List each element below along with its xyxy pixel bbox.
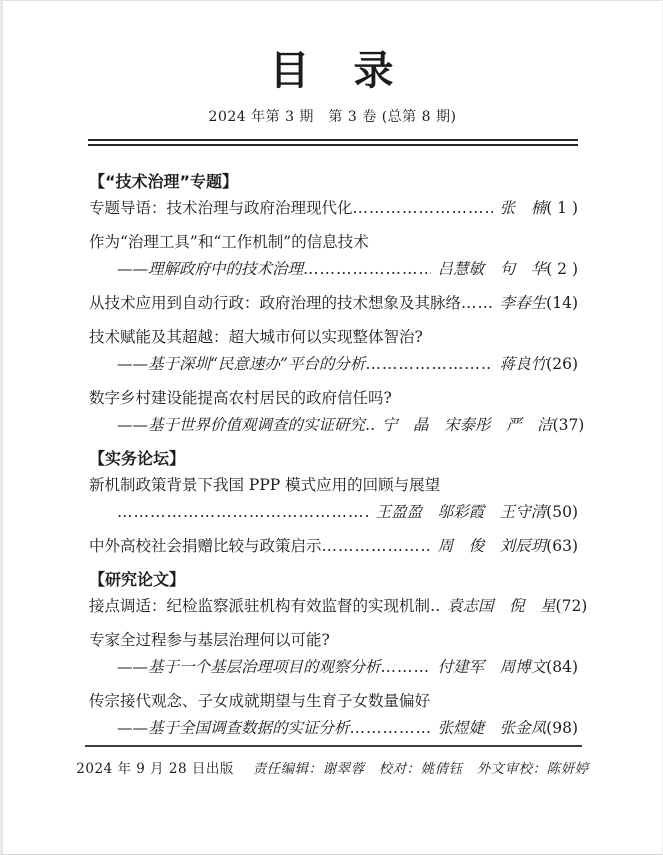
section-header: 【实务论坛】 <box>89 445 578 472</box>
footer-rule <box>85 745 582 747</box>
toc-section-practice-forum: 【实务论坛】 新机制政策背景下我国 PPP 模式应用的回顾与展望 …………………… <box>89 445 578 560</box>
toc-entry: 中外高校社会捐赠比较与政策启示 ………………………………………………………………… <box>89 533 578 560</box>
journal-toc-page: 目 录 2024 年第 3 期 第 3 卷 (总第 8 期) 【“技术治理”专题… <box>0 0 663 855</box>
entry-line: 从技术应用到自动行政：政府治理的技术想象及其脉络 ………………………………………… <box>89 290 578 317</box>
toc-entry: 从技术应用到自动行政：政府治理的技术想象及其脉络 ………………………………………… <box>89 290 578 317</box>
entry-authors: 吕慧敏 句 华 <box>431 256 547 283</box>
entry-page-number: (98) <box>546 715 578 742</box>
entry-title: 新机制政策背景下我国 PPP 模式应用的回顾与展望 <box>89 472 440 499</box>
entry-page-number: (84) <box>546 654 578 681</box>
section-header: 【研究论文】 <box>89 566 578 593</box>
dot-leader: …………………………………………………………………………………………………………… <box>322 533 431 560</box>
dot-leader: …………………………………………………………………………………………………………… <box>303 256 431 283</box>
entry-authors: 周 俊 刘辰玥 <box>431 533 547 560</box>
entry-title: 中外高校社会捐赠比较与政策启示 <box>89 533 322 560</box>
dot-leader: …………………………………………………………………………………………………………… <box>350 715 431 742</box>
entry-title: 作为“治理工具”和“工作机制”的信息技术 <box>89 229 369 256</box>
entry-page-number: (63) <box>546 533 578 560</box>
entry-line: 接点调适：纪检监察派驻机构有效监督的实现机制 ……………………………………………… <box>89 593 578 620</box>
entry-title: 接点调适：纪检监察派驻机构有效监督的实现机制 <box>89 593 430 620</box>
entry-page-number: ( 2 ) <box>546 256 578 283</box>
entry-continuation-line: …………………………………………………………………………………………………………… <box>89 499 578 526</box>
section-header: 【“技术治理”专题】 <box>89 168 578 195</box>
toc-list: 【“技术治理”专题】 专题导语：技术治理与政府治理现代化 ……………………………… <box>3 146 662 742</box>
dot-leader-text: …………………………………………………………………………………………………………… <box>461 294 493 312</box>
dot-leader-text: …………………………………………………………………………………………………………… <box>322 537 431 555</box>
entry-title: 技术赋能及其超越：超大城市何以实现整体智治? <box>89 324 423 351</box>
dot-leader-text: …………………………………………………………………………………………………………… <box>430 597 440 615</box>
entry-line: 专题导语：技术治理与政府治理现代化 …………………………………………………………… <box>89 195 578 222</box>
entry-line: 作为“治理工具”和“工作机制”的信息技术 <box>89 229 578 256</box>
toc-entry: 接点调适：纪检监察派驻机构有效监督的实现机制 ……………………………………………… <box>89 593 578 620</box>
toc-entry: 专题导语：技术治理与政府治理现代化 …………………………………………………………… <box>89 195 578 222</box>
dot-leader: …………………………………………………………………………………………………………… <box>365 351 492 378</box>
entry-authors: 付建军 周博文 <box>431 654 547 681</box>
entry-authors: 张煜婕 张金凤 <box>431 715 547 742</box>
dot-leader: …………………………………………………………………………………………………………… <box>461 290 493 317</box>
dot-leader-text: …………………………………………………………………………………………………………… <box>365 355 492 373</box>
dot-leader: …………………………………………………………………………………………………………… <box>430 593 440 620</box>
entry-page-number: ( 1 ) <box>546 195 578 222</box>
header-double-rule <box>88 139 578 146</box>
entry-line: 专家全过程参与基层治理何以可能? <box>89 627 578 654</box>
entry-subtitle-line: ——基于深圳“民意速办”平台的分析 …………………………………………………………… <box>89 351 578 378</box>
entry-subtitle: ——基于全国调查数据的实证分析 <box>117 715 350 742</box>
dot-leader: …………………………………………………………………………………………………………… <box>117 499 369 526</box>
toc-entry: 作为“治理工具”和“工作机制”的信息技术 ——理解政府中的技术治理 ………………… <box>89 229 578 283</box>
toc-entry: 传宗接代观念、子女成就期望与生育子女数量偏好 ——基于全国调查数据的实证分析 …… <box>89 688 578 742</box>
dot-leader-text: …………………………………………………………………………………………………………… <box>365 416 375 434</box>
entry-line: 中外高校社会捐赠比较与政策启示 ………………………………………………………………… <box>89 533 578 560</box>
toc-entry: 新机制政策背景下我国 PPP 模式应用的回顾与展望 ……………………………………… <box>89 472 578 526</box>
entry-authors: 蒋良竹 <box>493 351 547 378</box>
entry-title: 数字乡村建设能提高农村居民的政府信任吗? <box>89 385 392 412</box>
entry-subtitle-line: ——基于世界价值观调查的实证研究 ……………………………………………………………… <box>89 412 578 439</box>
dot-leader: …………………………………………………………………………………………………………… <box>353 195 493 222</box>
entry-line: 传宗接代观念、子女成就期望与生育子女数量偏好 <box>89 688 578 715</box>
issue-volume-line: 2024 年第 3 期 第 3 卷 (总第 8 期) <box>3 106 662 126</box>
toc-section-research-papers: 【研究论文】 接点调适：纪检监察派驻机构有效监督的实现机制 …………………………… <box>89 566 578 742</box>
entry-subtitle: ——基于世界价值观调查的实证研究 <box>117 412 365 439</box>
entry-subtitle-line: ——基于一个基层治理项目的观察分析 …………………………………………………………… <box>89 654 578 681</box>
entry-subtitle-line: ——基于全国调查数据的实证分析 ………………………………………………………………… <box>89 715 578 742</box>
page-title: 目 录 <box>3 49 662 93</box>
dot-leader-text: …………………………………………………………………………………………………………… <box>303 260 431 278</box>
entry-authors: 李春生 <box>493 290 547 317</box>
toc-entry: 数字乡村建设能提高农村居民的政府信任吗? ——基于世界价值观调查的实证研究 ……… <box>89 385 578 439</box>
entry-page-number: (72) <box>556 593 588 620</box>
entry-page-number: (50) <box>546 499 578 526</box>
entry-title: 专家全过程参与基层治理何以可能? <box>89 627 330 654</box>
toc-entry: 专家全过程参与基层治理何以可能? ——基于一个基层治理项目的观察分析 ……………… <box>89 627 578 681</box>
entry-page-number: (26) <box>546 351 578 378</box>
page-footer: 2024 年 9 月 28 日出版 责任编辑：谢翠蓉 校对：姚倩钰 外文审校：陈… <box>3 745 662 777</box>
entry-authors: 袁志国 倪 星 <box>440 593 556 620</box>
entry-title: 专题导语：技术治理与政府治理现代化 <box>89 195 353 222</box>
entry-line: 数字乡村建设能提高农村居民的政府信任吗? <box>89 385 578 412</box>
entry-authors: 王盈盈 邬彩霞 王守清 <box>369 499 547 526</box>
entry-title: 从技术应用到自动行政：政府治理的技术想象及其脉络 <box>89 290 461 317</box>
entry-page-number: (14) <box>546 290 578 317</box>
dot-leader: …………………………………………………………………………………………………………… <box>365 412 375 439</box>
entry-subtitle: ——基于一个基层治理项目的观察分析 <box>117 654 381 681</box>
entry-subtitle-line: ——理解政府中的技术治理 ………………………………………………………………………… <box>89 256 578 283</box>
entry-subtitle: ——理解政府中的技术治理 <box>117 256 303 283</box>
entry-page-number: (37) <box>553 412 585 439</box>
dot-leader-text: …………………………………………………………………………………………………………… <box>350 719 431 737</box>
entry-authors: 张 楠 <box>493 195 547 222</box>
entry-authors: 宁 晶 宋泰彤 严 洁 <box>375 412 553 439</box>
dot-leader-text: …………………………………………………………………………………………………………… <box>117 503 369 521</box>
editorial-credits: 责任编辑：谢翠蓉 校对：姚倩钰 外文审校：陈妍婷 <box>253 761 589 777</box>
entry-line: 新机制政策背景下我国 PPP 模式应用的回顾与展望 <box>89 472 578 499</box>
toc-section-tech-governance: 【“技术治理”专题】 专题导语：技术治理与政府治理现代化 ……………………………… <box>89 168 578 439</box>
entry-line: 技术赋能及其超越：超大城市何以实现整体智治? <box>89 324 578 351</box>
dot-leader: …………………………………………………………………………………………………………… <box>381 654 431 681</box>
dot-leader-text: …………………………………………………………………………………………………………… <box>353 199 493 217</box>
page-header: 目 录 2024 年第 3 期 第 3 卷 (总第 8 期) <box>3 1 662 126</box>
dot-leader-text: …………………………………………………………………………………………………………… <box>381 658 431 676</box>
entry-title: 传宗接代观念、子女成就期望与生育子女数量偏好 <box>89 688 430 715</box>
toc-entry: 技术赋能及其超越：超大城市何以实现整体智治? ——基于深圳“民意速办”平台的分析… <box>89 324 578 378</box>
entry-subtitle: ——基于深圳“民意速办”平台的分析 <box>117 351 365 378</box>
footer-publication-line: 2024 年 9 月 28 日出版 责任编辑：谢翠蓉 校对：姚倩钰 外文审校：陈… <box>3 757 662 777</box>
publish-date: 2024 年 9 月 28 日出版 <box>76 761 234 777</box>
